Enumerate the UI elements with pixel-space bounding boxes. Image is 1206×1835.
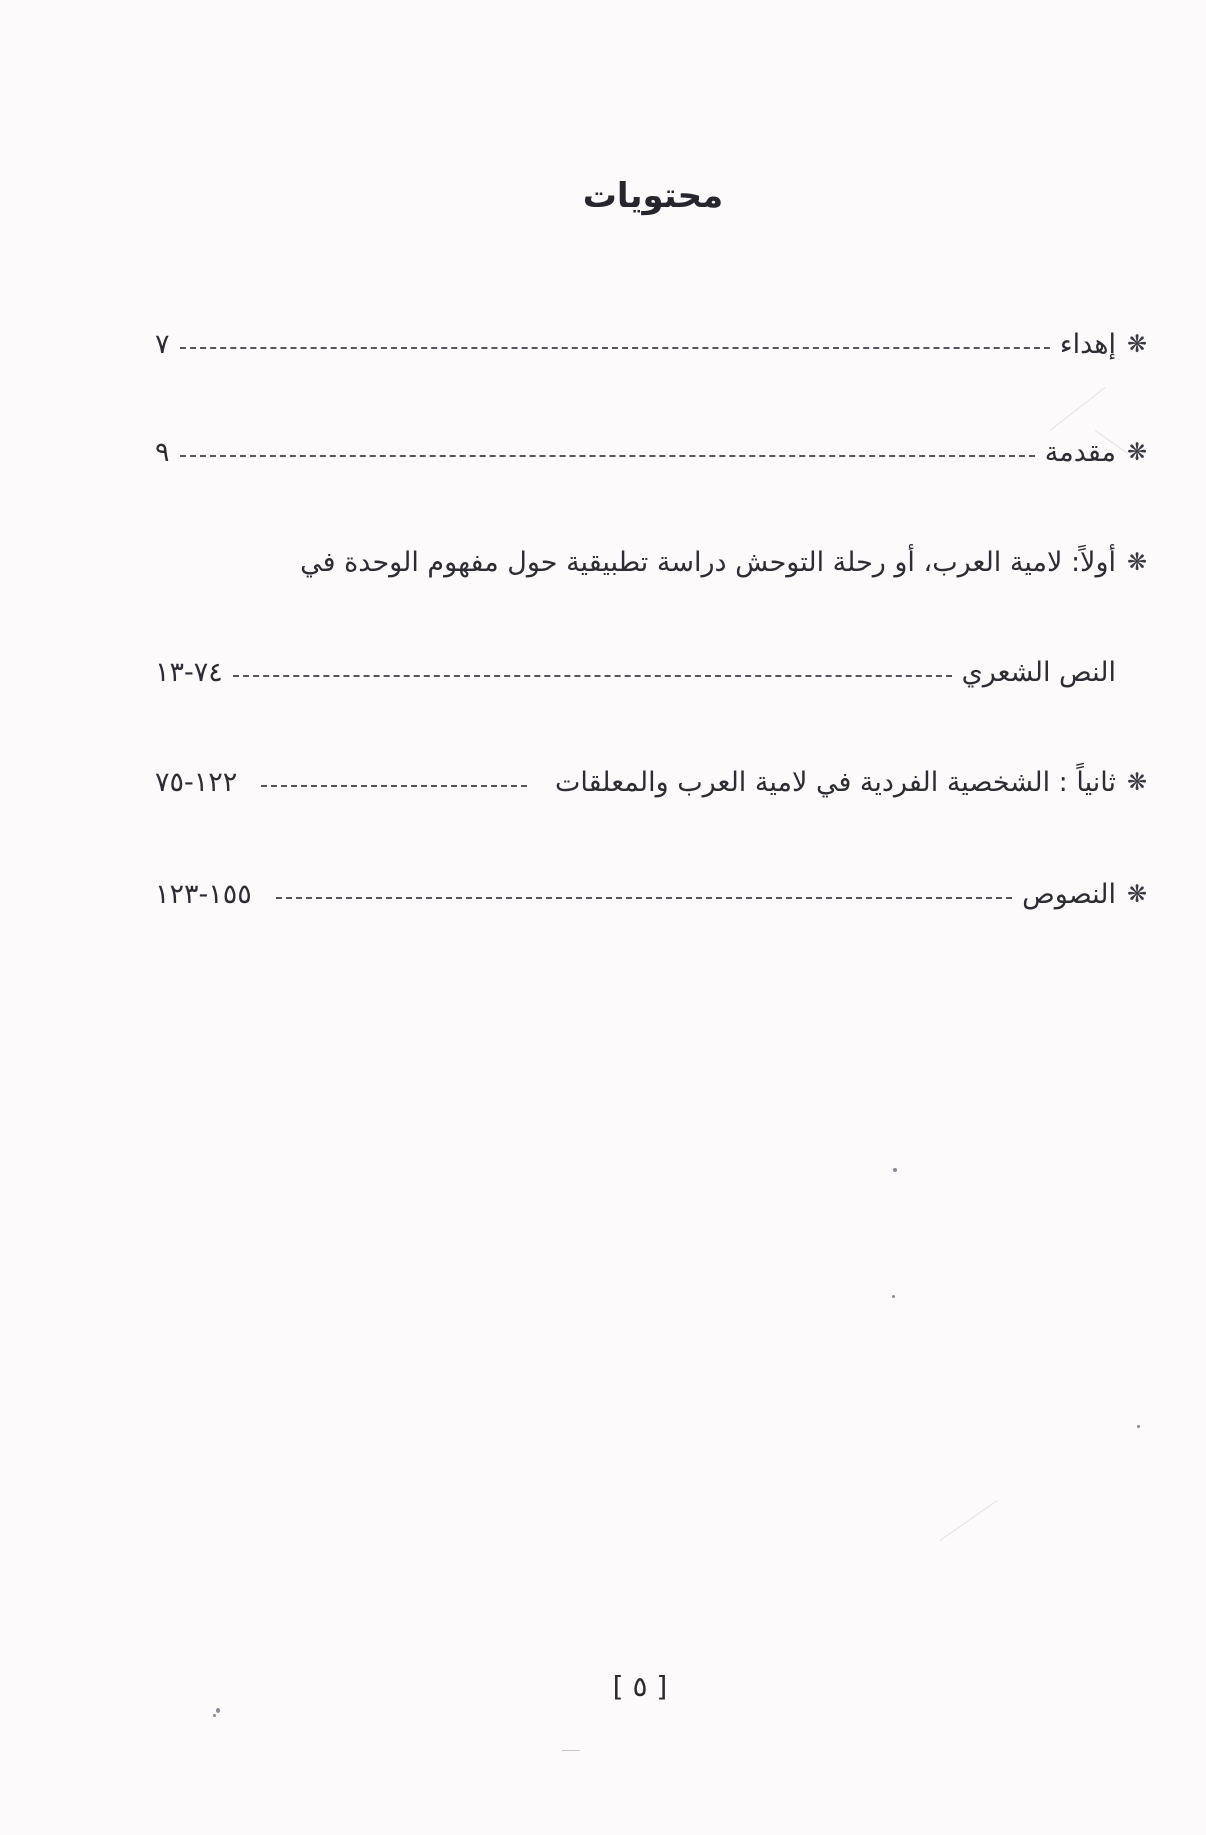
toc-entry-first-part-line1: ❋ أولاً: لامية العرب، أو رحلة التوحش درا… xyxy=(155,540,1158,584)
toc-entry-first-part-line2: النص الشعري ٧٤-١٣ xyxy=(155,650,1158,694)
toc-entry-pages: ٩ xyxy=(155,437,170,468)
paper-speck xyxy=(213,1714,216,1717)
paper-speck xyxy=(892,1295,895,1298)
toc-entry-pages: ٧ xyxy=(155,329,170,360)
toc-entry-second-part: ❋ ثانياً : الشخصية الفردية في لامية العر… xyxy=(155,760,1158,804)
dotted-leader xyxy=(233,675,952,677)
dotted-leader xyxy=(180,455,1035,457)
toc-entry-dedication: ❋ إهداء ٧ xyxy=(155,322,1158,366)
paper-speck xyxy=(1137,1425,1140,1428)
paper-scratch xyxy=(940,1500,998,1541)
paper-speck xyxy=(893,1168,897,1172)
asterisk-bullet-icon: ❋ xyxy=(1116,330,1158,358)
toc-entry-label: أولاً: لامية العرب، أو رحلة التوحش دراسة… xyxy=(300,547,1116,578)
paper-scratch xyxy=(562,1750,580,1751)
toc-entry-pages: ٧٤-١٣ xyxy=(155,657,223,688)
toc-entry-label: ثانياً : الشخصية الفردية في لامية العرب … xyxy=(555,767,1116,798)
toc-page: محتويات ❋ إهداء ٧ ❋ مقدمة ٩ ❋ أولاً: لام… xyxy=(0,0,1206,1835)
asterisk-bullet-icon: ❋ xyxy=(1116,548,1158,576)
dotted-leader xyxy=(261,785,527,787)
dotted-leader xyxy=(276,897,1012,899)
asterisk-bullet-icon: ❋ xyxy=(1116,768,1158,796)
toc-entry-label: النصوص xyxy=(1022,879,1116,910)
dotted-leader xyxy=(180,347,1050,349)
paper-scratch xyxy=(1050,387,1106,431)
page-title: محتويات xyxy=(0,176,1206,216)
toc-entry-pages: ١٥٥-١٢٣ xyxy=(155,879,252,910)
toc-entry-texts: ❋ النصوص ١٥٥-١٢٣ xyxy=(155,872,1158,916)
asterisk-bullet-icon: ❋ xyxy=(1116,438,1158,466)
toc-entry-label: إهداء xyxy=(1060,329,1116,360)
toc-entry-label: مقدمة xyxy=(1045,437,1116,468)
toc-entry-introduction: ❋ مقدمة ٩ xyxy=(155,430,1158,474)
asterisk-bullet-icon: ❋ xyxy=(1116,880,1158,908)
page-number: [ ٥ ] xyxy=(0,1670,1206,1703)
paper-speck xyxy=(216,1708,220,1713)
toc-entry-pages: ١٢٢-٧٥ xyxy=(155,767,237,798)
toc-entry-label: النص الشعري xyxy=(962,657,1116,688)
